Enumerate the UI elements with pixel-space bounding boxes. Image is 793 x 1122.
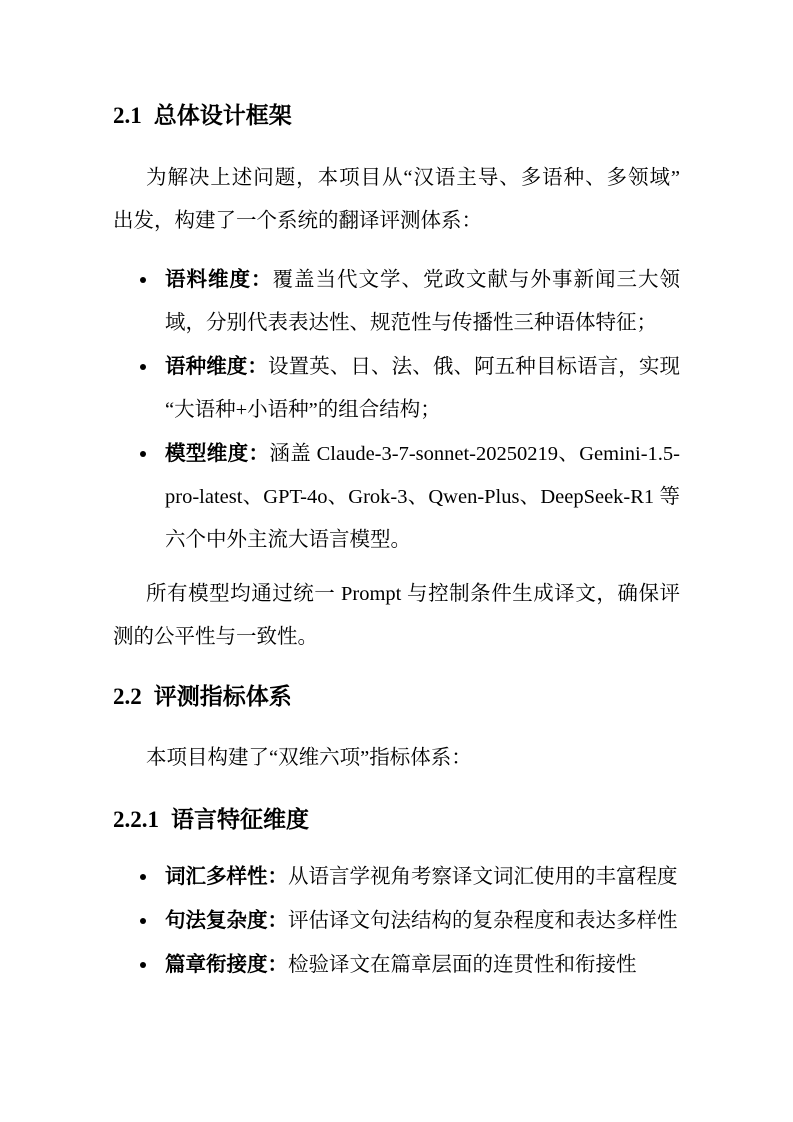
bullet-text: 涵盖 Claude-3-7-sonnet-20250219、Gemini-1.5… — [269, 443, 680, 465]
section-heading-2-2: 2.2评测指标体系 — [113, 679, 680, 714]
text-line: 出发，构建了一个系统的翻译评测体系： — [113, 200, 680, 243]
bullet-label: 词汇多样性： — [165, 865, 288, 888]
bullet-dot-icon — [140, 277, 146, 283]
bullet-list-dimensions: 语料维度：覆盖当代文学、党政文献与外事新闻三大领 域，分别代表表达性、规范性与传… — [113, 258, 680, 562]
bullet-dot-icon — [140, 962, 146, 968]
bullet-item-lexical-diversity: 词汇多样性：从语言学视角考察译文词汇使用的丰富程度 — [113, 855, 680, 899]
text-line: 模型维度：涵盖 Claude-3-7-sonnet-20250219、Gemin… — [165, 432, 680, 476]
paragraph-prompt-note: 所有模型均通过统一 Prompt 与控制条件生成译文，确保评 测的公平性与一致性… — [113, 573, 680, 659]
bullet-label: 模型维度： — [165, 442, 269, 465]
section-heading-2-1: 2.1总体设计框架 — [113, 98, 680, 133]
heading-number: 2.1 — [113, 103, 142, 128]
text-line: 篇章衔接度：检验译文在篇章层面的连贯性和衔接性 — [165, 943, 680, 987]
bullet-text: 评估译文句法结构的复杂程度和表达多样性 — [288, 910, 678, 932]
bullet-dot-icon — [140, 918, 146, 924]
bullet-label: 句法复杂度： — [165, 909, 288, 932]
text-line: 六个中外主流大语言模型。 — [165, 519, 680, 562]
text-line: 测的公平性与一致性。 — [113, 616, 680, 659]
bullet-item-discourse-cohesion: 篇章衔接度：检验译文在篇章层面的连贯性和衔接性 — [113, 943, 680, 987]
bullet-item-language-dimension: 语种维度：设置英、日、法、俄、阿五种目标语言，实现 “大语种+小语种”的组合结构… — [113, 345, 680, 432]
paragraph-intro: 为解决上述问题，本项目从“汉语主导、多语种、多领域” 出发，构建了一个系统的翻译… — [113, 157, 680, 243]
bullet-dot-icon — [140, 874, 146, 880]
section-heading-2-2-1: 2.2.1语言特征维度 — [113, 802, 680, 837]
text-line: 域，分别代表表达性、规范性与传播性三种语体特征； — [165, 302, 680, 345]
text-line: 语种维度：设置英、日、法、俄、阿五种目标语言，实现 — [165, 345, 680, 389]
heading-title: 评测指标体系 — [154, 683, 292, 709]
bullet-label: 语料维度： — [165, 268, 273, 291]
bullet-item-model-dimension: 模型维度：涵盖 Claude-3-7-sonnet-20250219、Gemin… — [113, 432, 680, 562]
heading-title: 总体设计框架 — [154, 102, 292, 128]
bullet-text: 覆盖当代文学、党政文献与外事新闻三大领 — [273, 269, 681, 291]
bullet-label: 篇章衔接度： — [165, 953, 288, 976]
heading-number: 2.2 — [113, 684, 142, 709]
paragraph-metric-intro: 本项目构建了“双维六项”指标体系： — [113, 737, 680, 780]
text-line: 为解决上述问题，本项目从“汉语主导、多语种、多领域” — [113, 157, 680, 200]
text-line: 词汇多样性：从语言学视角考察译文词汇使用的丰富程度 — [165, 855, 680, 899]
heading-title: 语言特征维度 — [171, 806, 309, 832]
text-line: 句法复杂度：评估译文句法结构的复杂程度和表达多样性 — [165, 899, 680, 943]
bullet-text: 设置英、日、法、俄、阿五种目标语言，实现 — [268, 356, 680, 378]
text-line: 本项目构建了“双维六项”指标体系： — [113, 737, 680, 780]
bullet-text: 检验译文在篇章层面的连贯性和衔接性 — [288, 954, 637, 976]
bullet-dot-icon — [140, 451, 146, 457]
text-line: 语料维度：覆盖当代文学、党政文献与外事新闻三大领 — [165, 258, 680, 302]
text-line: “大语种+小语种”的组合结构； — [165, 389, 680, 432]
bullet-list-language-metrics: 词汇多样性：从语言学视角考察译文词汇使用的丰富程度 句法复杂度：评估译文句法结构… — [113, 855, 680, 987]
bullet-label: 语种维度： — [165, 355, 268, 378]
bullet-dot-icon — [140, 364, 146, 370]
heading-number: 2.2.1 — [113, 807, 159, 832]
document-content: 2.1总体设计框架 为解决上述问题，本项目从“汉语主导、多语种、多领域” 出发，… — [113, 0, 680, 987]
text-line: 所有模型均通过统一 Prompt 与控制条件生成译文，确保评 — [113, 573, 680, 616]
text-line: pro-latest、GPT-4o、Grok-3、Qwen-Plus、DeepS… — [165, 476, 680, 519]
bullet-item-syntactic-complexity: 句法复杂度：评估译文句法结构的复杂程度和表达多样性 — [113, 899, 680, 943]
bullet-item-corpus-dimension: 语料维度：覆盖当代文学、党政文献与外事新闻三大领 域，分别代表表达性、规范性与传… — [113, 258, 680, 345]
document-page: 2.1总体设计框架 为解决上述问题，本项目从“汉语主导、多语种、多领域” 出发，… — [0, 0, 793, 1122]
bullet-text: 从语言学视角考察译文词汇使用的丰富程度 — [288, 866, 678, 888]
